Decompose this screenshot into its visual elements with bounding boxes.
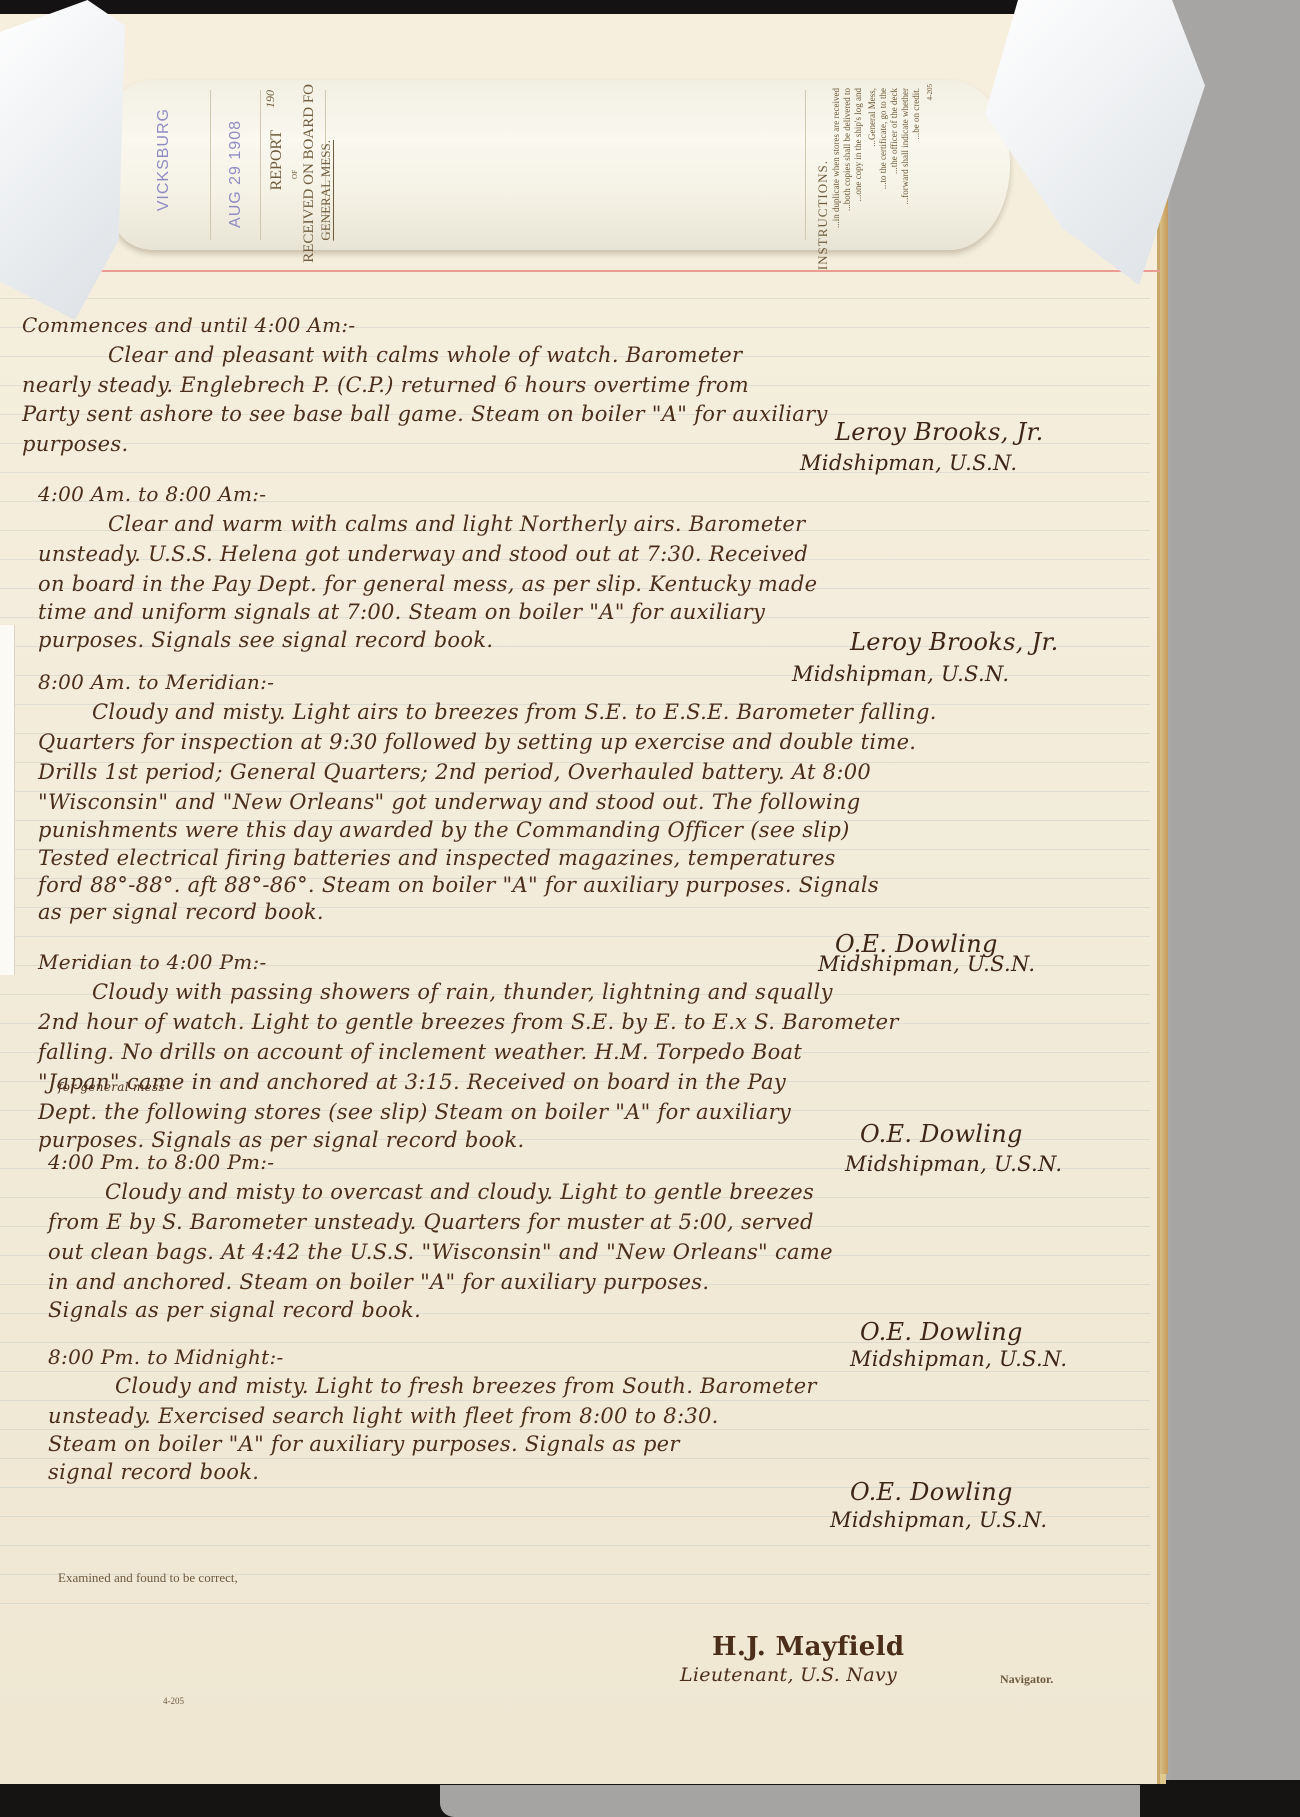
log-line: falling. No drills on account of incleme… — [38, 1040, 802, 1064]
log-line: Tested electrical firing batteries and i… — [38, 846, 836, 870]
instruction-line: ...be on credit. — [911, 88, 921, 139]
instructions-heading: INSTRUCTIONS. — [815, 160, 831, 270]
date-stamp: AUG 29 1908 — [227, 120, 245, 228]
signature-rank: Midshipman, U.S.N. — [818, 952, 1035, 976]
slip-line-2: GENERAL MESS. — [318, 140, 334, 241]
instruction-line: ...General Mess, — [867, 88, 877, 147]
log-line: unsteady. Exercised search light with fl… — [48, 1404, 719, 1428]
year-prefix: 190 — [263, 90, 278, 108]
instruction-line: ...both copies shall be delivered to — [842, 88, 852, 211]
log-line: purposes. Signals see signal record book… — [38, 628, 493, 652]
log-line: Drills 1st period; General Quarters; 2nd… — [38, 760, 871, 784]
log-line: purposes. Signals as per signal record b… — [38, 1128, 524, 1152]
slip-title: REPORT — [268, 130, 286, 190]
grey-mat-tab — [440, 1785, 1140, 1817]
log-line: nearly steady. Englebrech P. (C.P.) retu… — [22, 373, 749, 397]
log-line: time and uniform signals at 7:00. Steam … — [38, 600, 765, 624]
log-line: Steam on boiler "A" for auxiliary purpos… — [48, 1432, 680, 1456]
log-line: Quarters for inspection at 9:30 followed… — [38, 730, 916, 754]
log-line: Party sent ashore to see base ball game.… — [22, 402, 828, 426]
log-line: signal record book. — [48, 1460, 259, 1484]
log-line: as per signal record book. — [38, 900, 324, 924]
log-line: Dept. the following stores (see slip) St… — [38, 1100, 791, 1124]
signature: O.E. Dowling — [850, 1478, 1013, 1506]
instruction-line: ...one copy in the ship's log and — [853, 88, 863, 201]
watch-header: 4:00 Am. to 8:00 Am:- — [38, 482, 266, 506]
log-line: from E by S. Barometer unsteady. Quarter… — [48, 1210, 814, 1234]
slip-form-number: 4-205 — [925, 84, 935, 100]
signature-rank: Midshipman, U.S.N. — [850, 1347, 1067, 1371]
rolled-report-slip: VICKSBURG AUG 29 1908 190 REPORT OF RECE… — [115, 80, 1010, 250]
log-line: purposes. — [22, 432, 128, 456]
red-margin-rule — [70, 270, 1160, 272]
page-edge — [1160, 14, 1168, 1774]
signature: O.E. Dowling — [860, 1120, 1023, 1148]
log-line: Cloudy and misty to overcast and cloudy.… — [105, 1180, 814, 1204]
log-line: 2nd hour of watch. Light to gentle breez… — [38, 1010, 899, 1034]
form-number: 4-205 — [163, 1696, 184, 1706]
signature: O.E. Dowling — [860, 1318, 1023, 1346]
watch-header: Meridian to 4:00 Pm:- — [38, 950, 267, 974]
log-line: Cloudy with passing showers of rain, thu… — [92, 980, 833, 1004]
signature: Leroy Brooks, Jr. — [850, 628, 1059, 656]
signature-rank: Midshipman, U.S.N. — [800, 451, 1017, 475]
log-line: unsteady. U.S.S. Helena got underway and… — [38, 542, 808, 566]
instruction-line: ...forward shall indicate whether — [900, 88, 910, 204]
log-line: Clear and pleasant with calms whole of w… — [108, 343, 742, 367]
navigator-signature: H.J. Mayfield — [712, 1632, 904, 1662]
log-line: ford 88°-88°. aft 88°-86°. Steam on boil… — [38, 873, 879, 897]
log-line: "Wisconsin" and "New Orleans" got underw… — [38, 790, 861, 814]
slip-rule — [805, 90, 806, 240]
watch-header: 8:00 Pm. to Midnight:- — [48, 1345, 284, 1369]
signature: Leroy Brooks, Jr. — [835, 418, 1044, 446]
signature-rank: Midshipman, U.S.N. — [830, 1508, 1047, 1532]
insertion-note: for general mess — [58, 1080, 165, 1094]
log-line: out clean bags. At 4:42 the U.S.S. "Wisc… — [48, 1240, 833, 1264]
log-line: punishments were this day awarded by the… — [38, 818, 850, 842]
slip-rule — [210, 90, 211, 240]
instruction-line: ...in duplicate when stores are received — [831, 88, 841, 228]
watch-header: 8:00 Am. to Meridian:- — [38, 670, 274, 694]
examined-statement: Examined and found to be correct, — [58, 1570, 238, 1586]
instruction-line: ...the officer of the deck — [889, 88, 899, 174]
watch-header: Commences and until 4:00 Am:- — [22, 313, 355, 337]
ship-stamp: VICKSBURG — [155, 108, 173, 211]
inserted-slip-edge — [0, 625, 15, 975]
log-line: Clear and warm with calms and light Nort… — [108, 512, 805, 536]
log-line: Cloudy and misty. Light to fresh breezes… — [115, 1374, 817, 1398]
log-line: Signals as per signal record book. — [48, 1298, 421, 1322]
log-line: on board in the Pay Dept. for general me… — [38, 572, 817, 596]
signature-rank: Midshipman, U.S.N. — [845, 1152, 1062, 1176]
log-line: in and anchored. Steam on boiler "A" for… — [48, 1270, 709, 1294]
instruction-line: ...to the certificate, go to the — [878, 88, 888, 189]
grey-background — [1170, 0, 1300, 1817]
signature-rank: Midshipman, U.S.N. — [792, 662, 1009, 686]
slip-line-1: RECEIVED ON BOARD FO — [301, 84, 318, 263]
log-line: Cloudy and misty. Light airs to breezes … — [92, 700, 937, 724]
navigator-label: Navigator. — [1000, 1672, 1053, 1687]
navigator-rank: Lieutenant, U.S. Navy — [680, 1664, 897, 1686]
watch-header: 4:00 Pm. to 8:00 Pm:- — [48, 1150, 274, 1174]
slip-rule — [260, 90, 261, 240]
slip-of: OF — [291, 170, 299, 179]
